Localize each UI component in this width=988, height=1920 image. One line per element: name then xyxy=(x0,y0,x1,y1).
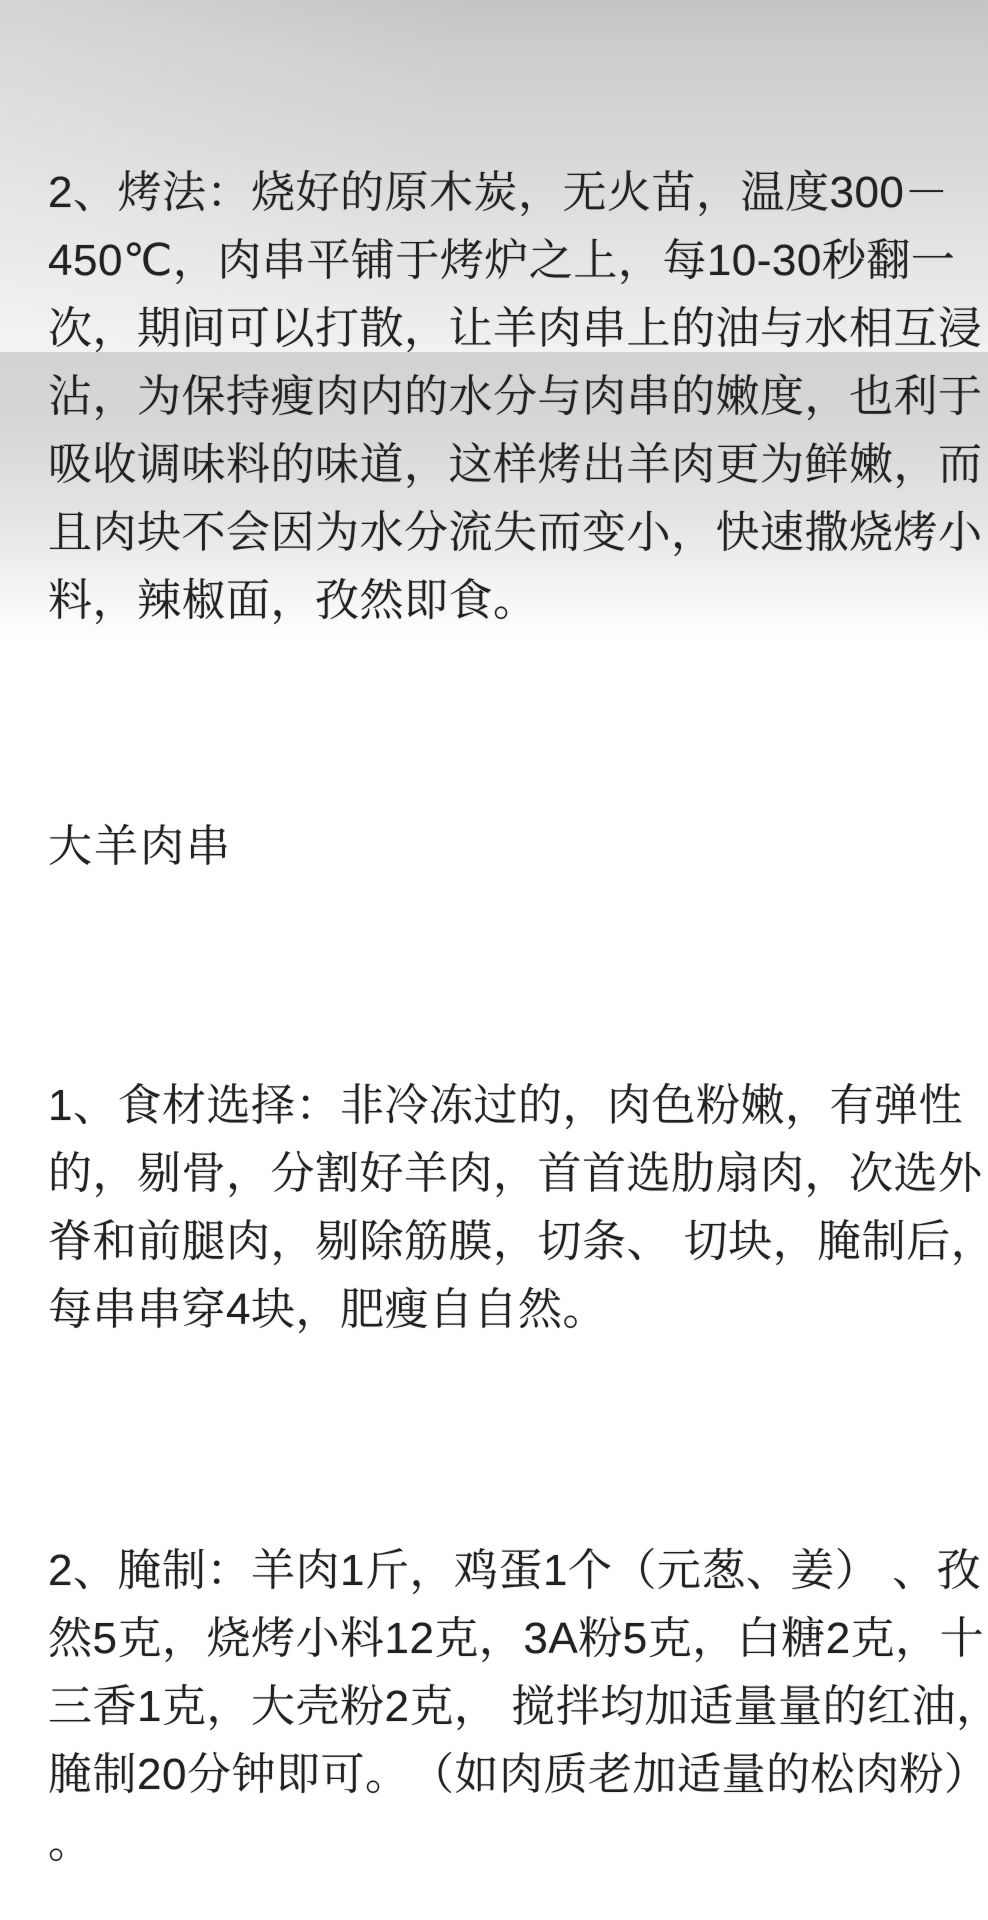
text-line: 脊和前腿肉，剔除筋膜，切条、 切块，腌制后， xyxy=(48,1208,950,1276)
text-line: 腌制20分钟即可。 （如肉质老加适量的松肉粉） xyxy=(48,1741,950,1809)
text-line: 三香1克，大壳粉2克， 搅拌均加适量量的红油， xyxy=(48,1673,950,1741)
text-line: 。 xyxy=(48,1809,950,1877)
text-line: 且肉块不会因为水分流失而变小，快速撒烧烤小 xyxy=(48,499,950,567)
text-line: 1、食材选择：非冷冻过的，肉色粉嫩，有弹性 xyxy=(48,1072,950,1140)
text-line: 2、烤法：烧好的原木炭，无火苗，温度300－ xyxy=(48,159,950,227)
paragraph-cooking-method: 2、烤法：烧好的原木炭，无火苗，温度300－ 450℃，肉串平铺于烤炉之上，每1… xyxy=(48,159,950,635)
paragraph-marinade: 2、腌制：羊肉1斤，鸡蛋1个（元葱、姜） 、孜 然5克，烧烤小料12克，3A粉5… xyxy=(48,1537,950,1877)
text-line: 的，剔骨，分割好羊肉，首首选肋扇肉，次选外 xyxy=(48,1140,950,1208)
heading-text: 大羊肉串 xyxy=(48,813,950,881)
page: { "document": { "language": "zh-CN", "te… xyxy=(0,0,988,1920)
text-line: 次，期间可以打散，让羊肉串上的油与水相互浸 xyxy=(48,295,950,363)
text-line: 吸收调味料的味道，这样烤出羊肉更为鲜嫩，而 xyxy=(48,431,950,499)
text-line: 料，辣椒面，孜然即食。 xyxy=(48,567,950,635)
heading-lamb-skewer: 大羊肉串 xyxy=(48,813,950,881)
text-line: 450℃，肉串平铺于烤炉之上，每10-30秒翻一 xyxy=(48,227,950,295)
text-line: 沾，为保持瘦肉内的水分与肉串的嫩度，也利于 xyxy=(48,363,950,431)
paragraph-ingredient-selection: 1、食材选择：非冷冻过的，肉色粉嫩，有弹性 的，剔骨，分割好羊肉，首首选肋扇肉，… xyxy=(48,1072,950,1344)
text-line: 每串串穿4块，肥瘦自自然。 xyxy=(48,1276,950,1344)
text-line: 2、腌制：羊肉1斤，鸡蛋1个（元葱、姜） 、孜 xyxy=(48,1537,950,1605)
text-line: 然5克，烧烤小料12克，3A粉5克，白糖2克，十 xyxy=(48,1605,950,1673)
